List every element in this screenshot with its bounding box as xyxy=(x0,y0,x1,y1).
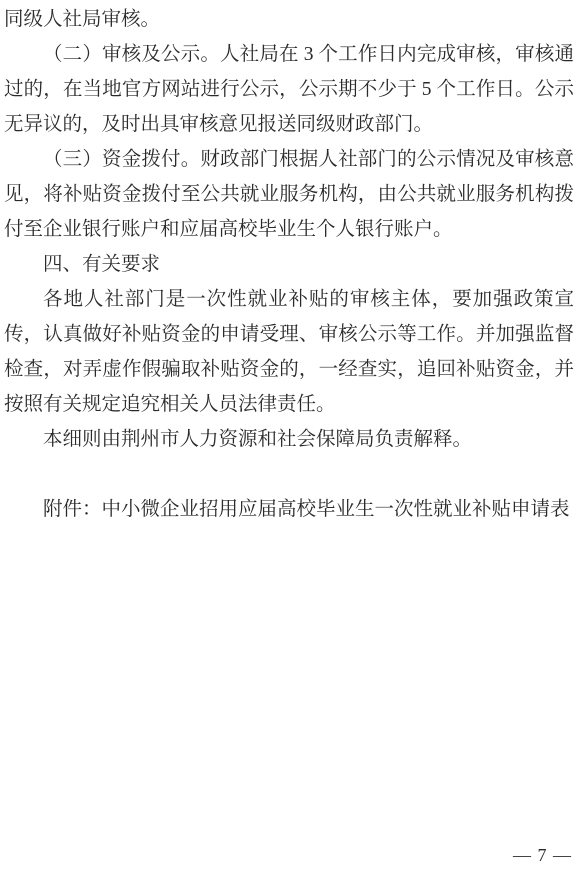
paragraph-fund-allocation: （三）资金拨付。财政部门根据人社部门的公示情况及审核意见，将补贴资金拨付至公共就… xyxy=(4,142,574,247)
paragraph-requirements-detail: 各地人社部门是一次性就业补贴的审核主体，要加强政策宣传，认真做好补贴资金的申请受… xyxy=(4,282,574,422)
attachment-note: 附件：中小微企业招用应届高校毕业生一次性就业补贴申请表 xyxy=(4,492,574,527)
document-body: 同级人社局审核。 （二）审核及公示。人社局在 3 个工作日内完成审核，审核通过的… xyxy=(0,0,578,527)
page-number: — 7 — xyxy=(513,845,572,866)
section-heading-requirements: 四、有关要求 xyxy=(4,247,574,282)
document-page: 同级人社局审核。 （二）审核及公示。人社局在 3 个工作日内完成审核，审核通过的… xyxy=(0,0,578,873)
paragraph-continuation: 同级人社局审核。 xyxy=(4,2,574,37)
paragraph-review-publicity: （二）审核及公示。人社局在 3 个工作日内完成审核，审核通过的，在当地官方网站进… xyxy=(4,37,574,142)
paragraph-interpretation: 本细则由荆州市人力资源和社会保障局负责解释。 xyxy=(4,422,574,457)
